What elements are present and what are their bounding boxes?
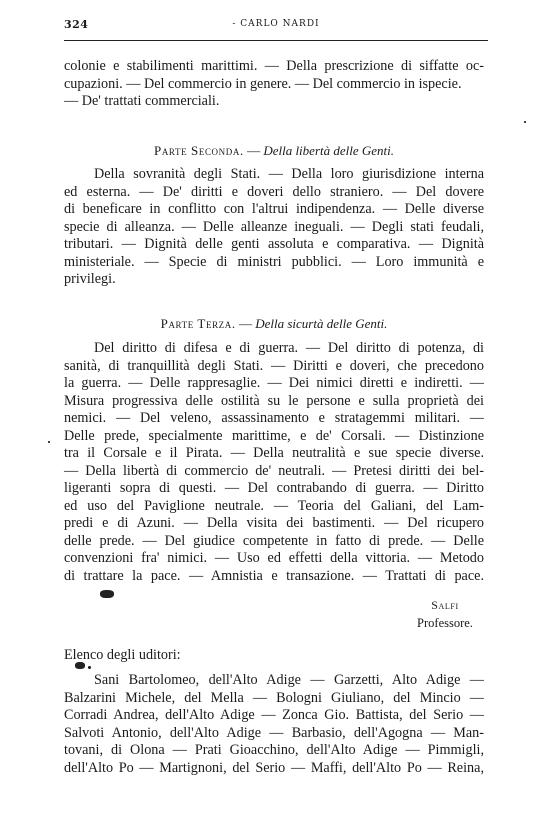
- text-line: ligeranti sopra di questi. — Del contrab…: [64, 480, 484, 498]
- text-line: sanità, di tranquillità degli Stati. — D…: [64, 358, 484, 376]
- text-line: Della sovranità degli Stati. — Della lor…: [64, 166, 484, 184]
- text-line: privilegi.: [64, 271, 484, 289]
- text-line: dell'Alto Po — Martignoni, del Serio — M…: [64, 760, 484, 778]
- text-line: Delle prede, specialmente marittime, e d…: [64, 428, 484, 446]
- section-label: Parte Seconda.: [154, 143, 244, 158]
- parte-seconda-paragraph: Della sovranità degli Stati. — Della lor…: [64, 166, 484, 289]
- text-line: nemici. — Del veleno, assassinamento e s…: [64, 410, 484, 428]
- text-line: delle prede. — Del giudice competente in…: [64, 533, 484, 551]
- text-line: ed uso del Paviglione neutrale. — Teoria…: [64, 498, 484, 516]
- ink-speck: [524, 121, 526, 123]
- text-line: convenzioni fra' nimici. — Uso ed effett…: [64, 550, 484, 568]
- text-line: cupazioni. — Del commercio in genere. — …: [64, 76, 484, 94]
- text-line: tra il Corsale e il Pirata. — Della neut…: [64, 445, 484, 463]
- signature-title: Professore.: [400, 616, 490, 631]
- text-line: Del diritto di difesa e di guerra. — Del…: [64, 340, 484, 358]
- running-title: - CARLO NARDI: [64, 19, 488, 29]
- signature-block: Salfi Professore.: [400, 598, 490, 631]
- text-line: la guerra. — Delle rappresaglie. — Dei n…: [64, 375, 484, 393]
- signature-name: Salfi: [400, 598, 490, 613]
- text-line: Sani Bartolomeo, dell'Alto Adige — Garze…: [64, 672, 484, 690]
- section-heading-parte-terza: Parte Terza. — Della sicurtà delle Genti…: [64, 316, 484, 332]
- section-subtitle: Della libertà delle Genti.: [263, 143, 394, 158]
- page-header: 324 - CARLO NARDI: [64, 18, 488, 38]
- section-heading-parte-seconda: Parte Seconda. — Della libertà delle Gen…: [64, 143, 484, 159]
- book-page: 324 - CARLO NARDI colonie e stabilimenti…: [0, 0, 550, 822]
- section-dash: —: [244, 143, 264, 158]
- ink-blot: [75, 662, 85, 669]
- ink-speck: [88, 666, 91, 669]
- text-line: colonie e stabilimenti marittimi. — Dell…: [64, 58, 484, 76]
- text-line: di trattare la pace. — Amnistia e transa…: [64, 568, 484, 586]
- uditori-heading: Elenco degli uditori:: [64, 647, 484, 665]
- uditori-heading-block: Elenco degli uditori:: [64, 647, 484, 665]
- ink-speck: [48, 441, 50, 443]
- text-line: Salvoti Antonio, dell'Alto Adige — Barba…: [64, 725, 484, 743]
- text-line: specie di alleanza. — Delle alleanze ine…: [64, 219, 484, 237]
- text-line: Balzarini Michele, del Mella — Bologni G…: [64, 690, 484, 708]
- text-line: tovani, di Olona — Prati Gioacchino, del…: [64, 742, 484, 760]
- text-line: Misura progressiva delle ostilità su le …: [64, 393, 484, 411]
- text-line: ed esterna. — De' diritti e doveri dello…: [64, 184, 484, 202]
- text-line: predi e di Azuni. — Della visita dei bas…: [64, 515, 484, 533]
- text-line: — De' trattati commerciali.: [64, 93, 484, 111]
- intro-paragraph: colonie e stabilimenti marittimi. — Dell…: [64, 58, 484, 111]
- parte-terza-paragraph: Del diritto di difesa e di guerra. — Del…: [64, 340, 484, 585]
- ink-blot: [100, 590, 114, 598]
- text-line: — Della libertà di commercio de' neutral…: [64, 463, 484, 481]
- header-rule: [64, 40, 488, 41]
- text-line: ministeriale. — Specie di ministri pubbl…: [64, 254, 484, 272]
- text-line: tributari. — Dignità delle genti assolut…: [64, 236, 484, 254]
- section-label: Parte Terza.: [161, 316, 236, 331]
- uditori-list: Sani Bartolomeo, dell'Alto Adige — Garze…: [64, 672, 484, 777]
- text-line: di beneficare in conflitto con l'altrui …: [64, 201, 484, 219]
- section-dash: —: [236, 316, 256, 331]
- section-subtitle: Della sicurtà delle Genti.: [255, 316, 387, 331]
- text-line: Corradi Andrea, dell'Alto Adige — Zonca …: [64, 707, 484, 725]
